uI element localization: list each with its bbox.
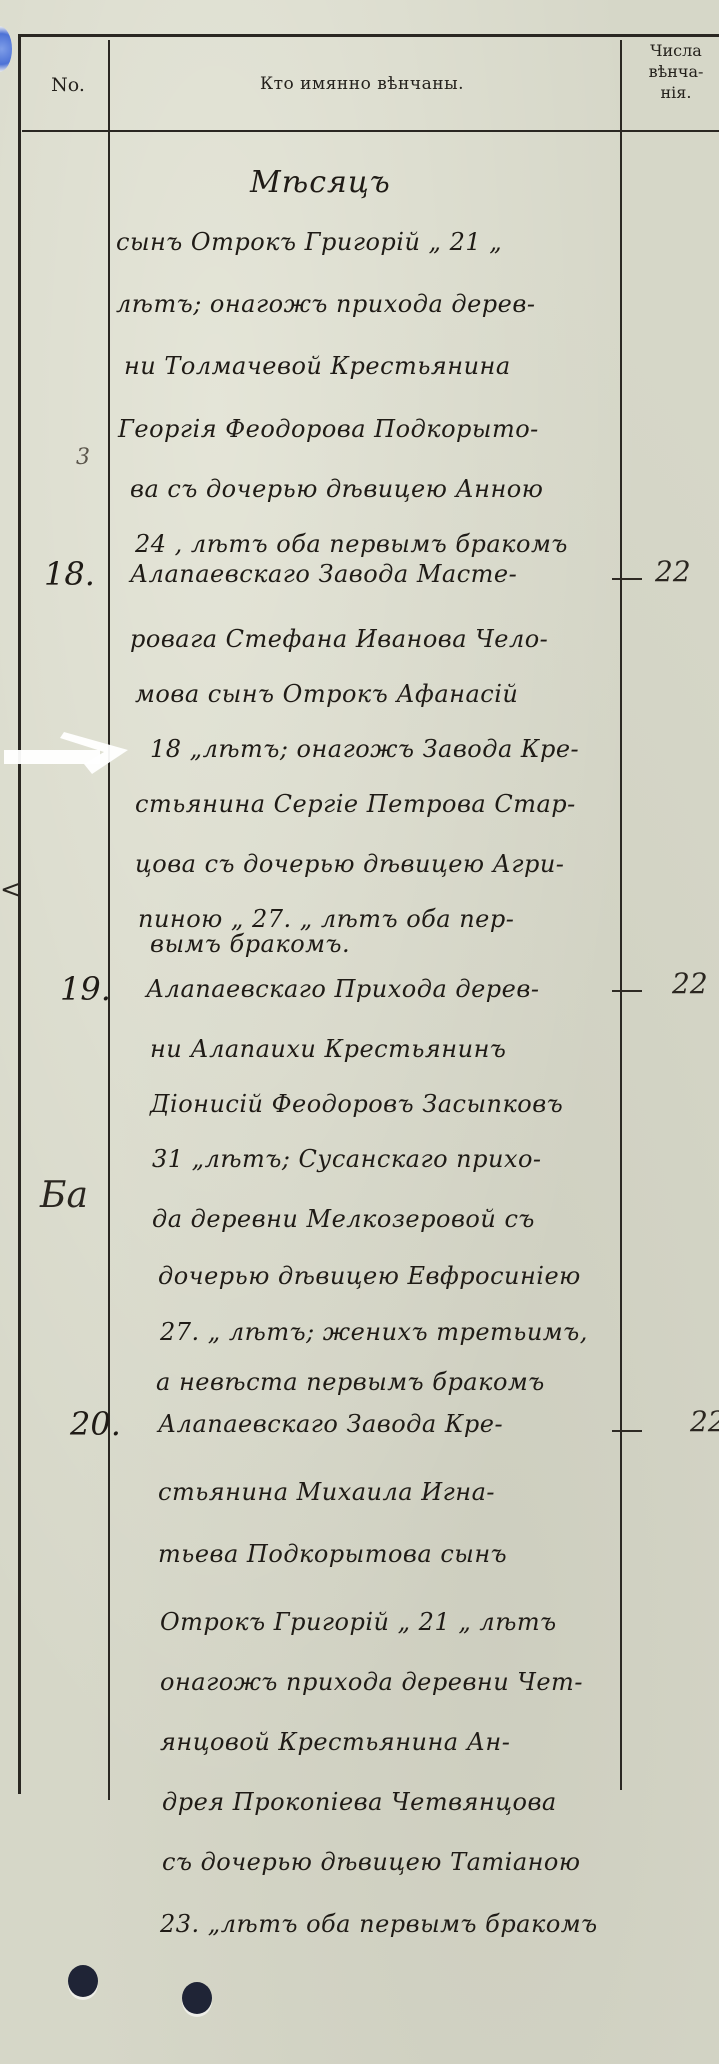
margin-note-number: 3 [76, 445, 90, 470]
header-date-line-2: вѣнча- [628, 61, 719, 82]
header-bottom-rule [22, 130, 719, 132]
entry-line: ровага Стефана Иванова Чело- [130, 625, 548, 653]
entry-date: 22 [690, 1405, 719, 1438]
entry-line: стьянина Сергіе Петрова Стар- [135, 790, 576, 818]
punch-hole-icon [68, 1965, 98, 1997]
date-column-rule [620, 40, 622, 1790]
entry-line: пиною „ 27. „ лѣтъ оба пер- [138, 905, 514, 933]
entry-line: 27. „ лѣтъ; женихъ третьимъ, [160, 1318, 588, 1346]
entry-line: ни Алапаихи Крестьянинъ [150, 1035, 506, 1063]
entry-line: Георгія Феодорова Подкорыто- [118, 415, 539, 443]
entry-line: цова съ дочерью дѣвицею Агри- [135, 850, 564, 878]
entry-line: вымъ бракомъ. [150, 930, 350, 958]
margin-note-ba: Ба [40, 1175, 88, 1216]
date-connector-dash [612, 1430, 642, 1432]
entry-number: 18. [44, 555, 95, 593]
entry-line: 18 „лѣтъ; онагожъ Завода Кре- [150, 735, 579, 763]
entry-line: съ дочерью дѣвицею Татіаною [162, 1848, 581, 1876]
month-heading: Мѣсяцъ [250, 165, 391, 200]
pointer-arrow-icon [0, 728, 130, 778]
entry-number: 20. [70, 1405, 121, 1443]
entry-line: да деревни Мелкозеровой съ [152, 1205, 535, 1233]
entry-line: Алапаевскаго Прихода дерев- [146, 975, 539, 1003]
entry-line: тьева Подкорытова сынъ [158, 1540, 507, 1568]
entry-line: Алапаевскаго Завода Масте- [130, 560, 517, 588]
entry-line: ва съ дочерью дѣвицею Анною [130, 475, 543, 503]
date-connector-dash [612, 578, 642, 580]
number-column-rule [108, 40, 110, 1800]
register-page: No. Кто имянно вѣнчаны. Числа вѣнча- нія… [0, 0, 719, 2064]
punch-hole-icon [182, 1982, 212, 2014]
entry-line: янцовой Крестьянина Ан- [160, 1728, 510, 1756]
entry-line: лѣтъ; онагожъ прихода дерев- [116, 290, 535, 318]
entry-line: 31 „лѣтъ; Сусанскаго прихо- [152, 1145, 542, 1173]
header-date-line-3: нія. [628, 82, 719, 103]
table-top-rule [18, 34, 719, 37]
entry-line: дочерью дѣвицею Евфросиніею [158, 1262, 581, 1290]
date-connector-dash [612, 990, 642, 992]
entry-date: 22 [672, 967, 708, 1000]
column-header-wedding-date: Числа вѣнча- нія. [628, 40, 719, 103]
entry-line: сынъ Отрокъ Григорій „ 21 „ [116, 228, 502, 256]
margin-note-mark: < [0, 875, 22, 905]
blue-scan-marker [0, 26, 12, 72]
entry-line: а невѣста первымъ бракомъ [156, 1368, 545, 1396]
entry-line: ни Толмачевой Крестьянина [124, 352, 511, 380]
entry-line: онагожъ прихода деревни Чет- [160, 1668, 583, 1696]
column-header-number: No. [28, 74, 108, 96]
left-border-rule [18, 34, 21, 1794]
entry-date: 22 [655, 555, 691, 588]
entry-line: стьянина Михаила Игна- [158, 1478, 495, 1506]
column-header-who-married: Кто имянно вѣнчаны. [112, 74, 612, 94]
entry-line: мова сынъ Отрокъ Афанасій [135, 680, 518, 708]
entry-line: 23. „лѣтъ оба первымъ бракомъ [160, 1910, 598, 1938]
entry-line: Отрокъ Григорій „ 21 „ лѣтъ [160, 1608, 557, 1636]
entry-line: дрея Прокопіева Четвянцова [162, 1788, 557, 1816]
entry-line: Алапаевскаго Завода Кре- [158, 1410, 503, 1438]
entry-number: 19. [60, 970, 111, 1008]
header-date-line-1: Числа [628, 40, 719, 61]
entry-line: Діонисій Феодоровъ Засыпковъ [150, 1090, 563, 1118]
entry-line: 24 , лѣтъ оба первымъ бракомъ [135, 530, 568, 558]
